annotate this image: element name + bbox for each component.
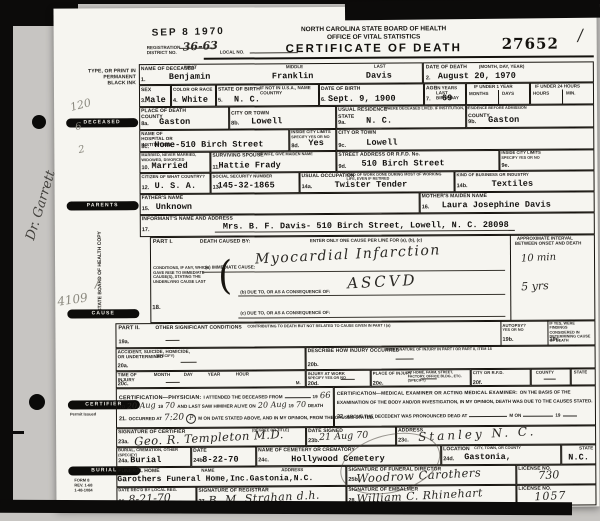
pencil-mark-6: 6 bbox=[74, 121, 82, 133]
divider-line bbox=[498, 90, 499, 105]
item-number-14a: 14a. bbox=[302, 184, 313, 190]
label-part-1: PART I. bbox=[153, 239, 173, 246]
label-funeral-home: FUNERAL HOME bbox=[118, 468, 159, 474]
value-due-to-b: ASCVD bbox=[347, 271, 418, 292]
item-number-8c: 8c. bbox=[141, 144, 149, 150]
physician-cert-line2: TO 20 Aug 19 70 AND LAST SAW HIM/HER ALI… bbox=[119, 400, 323, 410]
divider-line bbox=[500, 321, 501, 346]
value-due-to-b-interval: 5 yrs bbox=[521, 279, 549, 293]
header-year: YEAR bbox=[208, 372, 221, 377]
value-burial-type: Burial bbox=[130, 455, 161, 465]
label-date-of-birth: DATE OF BIRTH bbox=[321, 86, 361, 92]
header-month: MONTH bbox=[154, 372, 171, 377]
blank-line bbox=[562, 410, 576, 416]
item-number-24a: 24a. bbox=[118, 458, 129, 464]
copy-designation-note: STATE BOARD OF HEALTH COPY bbox=[97, 226, 104, 316]
value-attended-to-year: 70 bbox=[165, 401, 176, 410]
local-number-label: LOCAL NO. bbox=[220, 49, 245, 54]
text-last-saw-alive: AND LAST SAW HIM/HER ALIVE ON bbox=[177, 403, 255, 408]
label-cemetery-state: STATE bbox=[579, 445, 593, 450]
pencil-mark-2: 2 bbox=[77, 144, 86, 156]
blank-dash bbox=[544, 379, 556, 380]
label-father-name: FATHER'S NAME bbox=[142, 195, 184, 201]
text-19-prefix: 19 bbox=[158, 404, 163, 409]
form-code: 1-48-1084 bbox=[74, 488, 92, 493]
blank-dash bbox=[181, 362, 197, 363]
scan-edge-left bbox=[0, 0, 13, 512]
scanned-death-certificate: SEP 8 1970 REGISTRATION DISTRICT NO. 36-… bbox=[0, 0, 600, 521]
text-attended-from: I ATTENDED THE DECEASED FROM bbox=[203, 394, 282, 399]
hole-punch-top bbox=[32, 115, 46, 129]
item-number-10: 10. bbox=[141, 165, 149, 171]
label-street-address: STREET ADDRESS OR R.F.D. No. bbox=[338, 151, 420, 157]
text-to: TO bbox=[119, 404, 125, 409]
sublabel-autopsy: YES OR NO bbox=[502, 328, 523, 332]
group-sublabel-usual-residence: WHERE DECEASED LIVED. IF INSTITUTION, RE… bbox=[384, 106, 526, 111]
label-state-of-birth: STATE OF BIRTH bbox=[218, 86, 260, 92]
value-state-of-birth: N. C. bbox=[234, 94, 260, 104]
value-cemetery-location: Gastonia, bbox=[464, 452, 511, 462]
value-pod-county: Gaston bbox=[159, 117, 190, 127]
blank-line bbox=[285, 392, 311, 398]
sublabel-place-of-injury: AT HOME, FARM, STREET, FACTORY, OFFICE B… bbox=[408, 370, 468, 383]
certificate-title: CERTIFICATE OF DEATH bbox=[284, 42, 464, 55]
value-first-name: Benjamin bbox=[169, 72, 211, 82]
text-death: DEATH bbox=[308, 403, 324, 408]
item-number-7: 7. bbox=[426, 96, 431, 102]
examiner-cert-line3: 22. ABOVE THE DECEDENT WAS PRONOUNCED DE… bbox=[337, 410, 577, 419]
label-mother-name: MOTHER'S MAIDEN NAME bbox=[422, 193, 487, 199]
label-m-suffix: M. bbox=[296, 380, 301, 385]
cell-place-of-death-city bbox=[229, 106, 336, 130]
blank-dash bbox=[396, 358, 414, 359]
item-number-12: 12. bbox=[142, 185, 150, 191]
blank-dash bbox=[421, 378, 437, 379]
text-on-basis: ON THE BASIS OF THE bbox=[520, 390, 571, 395]
item-number-17: 17. bbox=[142, 227, 150, 233]
text-m-on: M ON bbox=[509, 413, 521, 418]
item-number-8d: 8d. bbox=[291, 143, 299, 149]
item-number-19b: 19b. bbox=[502, 337, 513, 343]
value-pod-inside-city-limits: Yes bbox=[308, 138, 324, 148]
label-ssn: SOCIAL SECURITY NUMBER bbox=[212, 173, 272, 178]
item-number-4: 4. bbox=[173, 98, 178, 104]
blank-line bbox=[523, 411, 553, 417]
item-number-9c: 9c. bbox=[338, 143, 346, 149]
item-number-24c: 24c. bbox=[258, 457, 269, 463]
label-date-of-death: DATE OF DEATH bbox=[426, 64, 467, 70]
value-mother-name: Laura Josephine Davis bbox=[442, 200, 551, 211]
blank-line bbox=[469, 411, 507, 417]
hole-punch-bottom bbox=[29, 394, 45, 410]
text-pronounced-dead: ABOVE THE DECEDENT WAS PRONOUNCED DEAD A… bbox=[347, 413, 468, 419]
text-occurred-at: OCCURRED AT bbox=[129, 416, 162, 421]
value-sex: Male bbox=[145, 95, 166, 105]
blank-dash bbox=[166, 340, 180, 341]
value-res-county: Gaston bbox=[488, 115, 519, 125]
item-number-23a: 23a. bbox=[118, 439, 129, 445]
value-burial-date: 8-22-70 bbox=[202, 455, 238, 465]
label-other-significant: OTHER SIGNIFICANT CONDITIONS bbox=[155, 325, 241, 332]
sublabel-cemetery-location: CITY, TOWN, OR COUNTY bbox=[474, 446, 521, 451]
header-day: DAY bbox=[184, 372, 193, 377]
value-cemetery-state: N.C. bbox=[568, 452, 589, 462]
header-days: DAYS bbox=[502, 91, 514, 96]
sublabel-other-significant: CONTRIBUTING TO DEATH BUT NOT RELATED TO… bbox=[247, 324, 390, 329]
label-due-to-b: (b) DUE TO, OR AS A CONSEQUENCE OF: bbox=[240, 289, 330, 295]
pencil-mark-4109: 4109 bbox=[56, 290, 88, 308]
registration-district-number: 36-63 bbox=[182, 39, 218, 54]
header-first: FIRST bbox=[184, 65, 197, 70]
value-middle-name: Franklin bbox=[272, 71, 314, 81]
item-number-20c: 20c. bbox=[118, 381, 129, 387]
value-race: White bbox=[182, 95, 208, 105]
item-number-22: 22. bbox=[337, 414, 345, 420]
value-age: 69 bbox=[442, 93, 452, 103]
header-funeral-home-name: NAME bbox=[201, 468, 214, 473]
certificate-number: 27652 bbox=[502, 35, 559, 53]
value-last-saw-date: 20 Aug bbox=[258, 400, 287, 410]
item-number-14b: 14b. bbox=[457, 183, 468, 189]
label-cemetery-name: NAME OF CEMETERY OR CREMATORY bbox=[258, 447, 355, 454]
header-min: MIN. bbox=[566, 90, 576, 95]
label-if-under-24-hours: IF UNDER 24 HOURS bbox=[535, 83, 580, 88]
text-19-prefix: 19 bbox=[288, 403, 293, 408]
label-res-city: CITY OR TOWN bbox=[338, 130, 376, 136]
blank-dash bbox=[166, 382, 180, 383]
value-institution: Home-510 Birch Street bbox=[154, 139, 263, 150]
label-injury-county: COUNTY bbox=[536, 370, 554, 375]
header-hour: HOUR bbox=[236, 371, 249, 376]
ink-instruction-note: TYPE, OR PRINT IN PERMANENT BLACK INK bbox=[84, 68, 136, 86]
label-place-of-injury: PLACE OF INJURY bbox=[373, 370, 412, 375]
permit-issued-note: Permit Issued bbox=[70, 412, 96, 417]
label-industry: KIND OF BUSINESS OR INDUSTRY bbox=[456, 172, 528, 177]
value-funeral-home: Garothers Funeral Home,Inc.Gastonia,N.C. bbox=[117, 474, 313, 484]
item-number-23b: 23b. bbox=[308, 438, 319, 444]
date-received-stamp: SEP 8 1970 bbox=[152, 26, 225, 39]
item-number-9e: 9e. bbox=[501, 163, 509, 169]
value-date-of-death: August 20, 1970 bbox=[438, 71, 516, 81]
label-death-caused-by: DEATH CAUSED BY: bbox=[200, 238, 251, 244]
divider-line bbox=[562, 90, 563, 105]
item-number-9d: 9d. bbox=[338, 164, 346, 170]
item-number-5: 5. bbox=[218, 98, 223, 104]
value-marital-status: Married bbox=[151, 161, 187, 171]
scan-mark-left bbox=[0, 431, 24, 434]
value-occupation: Twister Tender bbox=[335, 180, 408, 190]
note-conditions: CONDITIONS, IF ANY, WHICH GAVE RISE TO I… bbox=[153, 266, 217, 285]
item-number-1: 1. bbox=[141, 77, 146, 83]
value-attended-to-date: 20 Aug bbox=[127, 400, 156, 410]
text-19-prefix: 19 bbox=[555, 413, 560, 418]
label-interval-line2: BETWEEN ONSET AND DEATH bbox=[515, 240, 582, 246]
value-street-address: 510 Birch Street bbox=[361, 158, 444, 169]
org-name-line1: NORTH CAROLINA STATE BOARD OF HEALTH bbox=[284, 25, 464, 33]
sublabel-state-of-birth: IF NOT IN U.S.A., NAME COUNTRY bbox=[260, 85, 316, 96]
value-citizen: U. S. A. bbox=[155, 181, 197, 191]
value-am-pm: P bbox=[186, 414, 196, 424]
item-number-18: 18. bbox=[152, 305, 160, 311]
value-immediate-cause-interval: 10 min bbox=[521, 252, 557, 265]
value-res-city: Lowell bbox=[366, 138, 397, 148]
label-marital-status-line1: MARRIED, NEVER MARRIED, bbox=[141, 153, 196, 158]
item-number-20a: 20a. bbox=[118, 363, 129, 369]
item-number-19c: 19c. bbox=[549, 337, 560, 343]
label-citizen: CITIZEN OF WHAT COUNTRY? bbox=[141, 174, 204, 179]
pencil-slash-mark: / bbox=[95, 276, 99, 291]
divider-line bbox=[547, 321, 548, 346]
sublabel-res-inside-city-limits: SPECIFY YES OR NO bbox=[501, 156, 539, 161]
brace-glyph: ( bbox=[218, 254, 232, 299]
value-pod-city: Lowell bbox=[251, 116, 282, 126]
tab-parents: PARENTS bbox=[67, 201, 139, 210]
header-funeral-home-address: ADDRESS bbox=[281, 467, 303, 472]
org-name-line2: OFFICE OF VITAL STATISTICS bbox=[284, 33, 464, 41]
value-last-saw-year: 70 bbox=[295, 400, 306, 409]
value-last-name: Davis bbox=[366, 71, 392, 81]
scan-bar-top-right bbox=[345, 0, 600, 20]
item-number-19a: 19a. bbox=[118, 339, 129, 345]
value-director-license: 730 bbox=[538, 468, 560, 482]
header-hours: HOURS bbox=[533, 91, 549, 96]
rule-line bbox=[180, 48, 215, 49]
item-number-8a: 8a. bbox=[141, 121, 149, 127]
item-number-16: 16. bbox=[422, 204, 430, 210]
group-label-usual-residence: USUAL RESIDENCE bbox=[338, 107, 387, 113]
scan-band-bottom bbox=[0, 500, 572, 515]
item-number-9b: 9b. bbox=[468, 119, 476, 125]
value-res-state: N. C. bbox=[366, 116, 392, 126]
sublabel-accident-specify: (SPECIFY) bbox=[156, 354, 175, 358]
text-19-prefix: 19 bbox=[313, 394, 318, 399]
label-burial-date: DATE bbox=[193, 448, 207, 454]
value-father-name: Unknown bbox=[156, 202, 192, 212]
label-injury-state: STATE bbox=[574, 369, 588, 374]
handwritten-check-mark: / bbox=[577, 25, 583, 44]
registration-label-line2: DISTRICT NO. bbox=[147, 50, 177, 55]
sublabel-surviving-spouse: IF WIFE, GIVE MAIDEN NAME bbox=[259, 152, 312, 157]
item-number-24d: 24d. bbox=[443, 456, 454, 462]
sublabel-how-injury-occurred: ENTER NATURE OF INJURY IN PART I OR PART… bbox=[386, 347, 492, 352]
label-sex: SEX bbox=[141, 87, 151, 93]
item-number-8b: 8b. bbox=[231, 121, 239, 127]
item-number-20b: 20b. bbox=[308, 362, 319, 368]
blank-dash bbox=[341, 379, 355, 380]
label-informant: INFORMANT'S NAME AND ADDRESS bbox=[142, 216, 233, 223]
label-due-to-c: (c) DUE TO, OR AS A CONSEQUENCE OF: bbox=[240, 310, 330, 316]
certificate-paper: SEP 8 1970 REGISTRATION DISTRICT NO. 36-… bbox=[53, 5, 599, 509]
label-if-under-1-year: IF UNDER 1 YEAR bbox=[474, 84, 513, 89]
item-number-6: 6. bbox=[321, 97, 326, 103]
item-number-21: 21. bbox=[119, 416, 127, 422]
header-rule bbox=[204, 55, 594, 59]
header-last: LAST bbox=[374, 64, 386, 69]
sublabel-date-of-death: (MONTH, DAY, YEAR) bbox=[479, 64, 525, 69]
item-number-15: 15. bbox=[142, 206, 150, 212]
value-ssn: 145-32-1865 bbox=[218, 180, 275, 190]
note-one-cause-per-line: ENTER ONLY ONE CAUSE PER LINE FOR (a), (… bbox=[310, 237, 422, 243]
label-race: COLOR OR RACE bbox=[173, 87, 213, 93]
header-middle: MIDDLE bbox=[286, 64, 303, 69]
item-number-2: 2. bbox=[426, 75, 431, 81]
item-number-9a: 9a. bbox=[338, 120, 346, 126]
value-date-of-birth: Sept. 9, 1900 bbox=[328, 94, 396, 104]
header-months: MONTHS bbox=[469, 91, 489, 96]
label-injury-city: CITY OR R.F.D. bbox=[473, 370, 504, 375]
value-time-of-death: 7:20 bbox=[164, 412, 185, 423]
pencil-mark-120: 120 bbox=[69, 96, 93, 114]
value-industry: Textiles bbox=[492, 179, 534, 189]
value-surviving-spouse: Hattie Frady bbox=[218, 160, 280, 170]
label-part-2: PART II. bbox=[118, 325, 140, 332]
label-surviving-spouse: SURVIVING SPOUSE bbox=[212, 152, 263, 158]
